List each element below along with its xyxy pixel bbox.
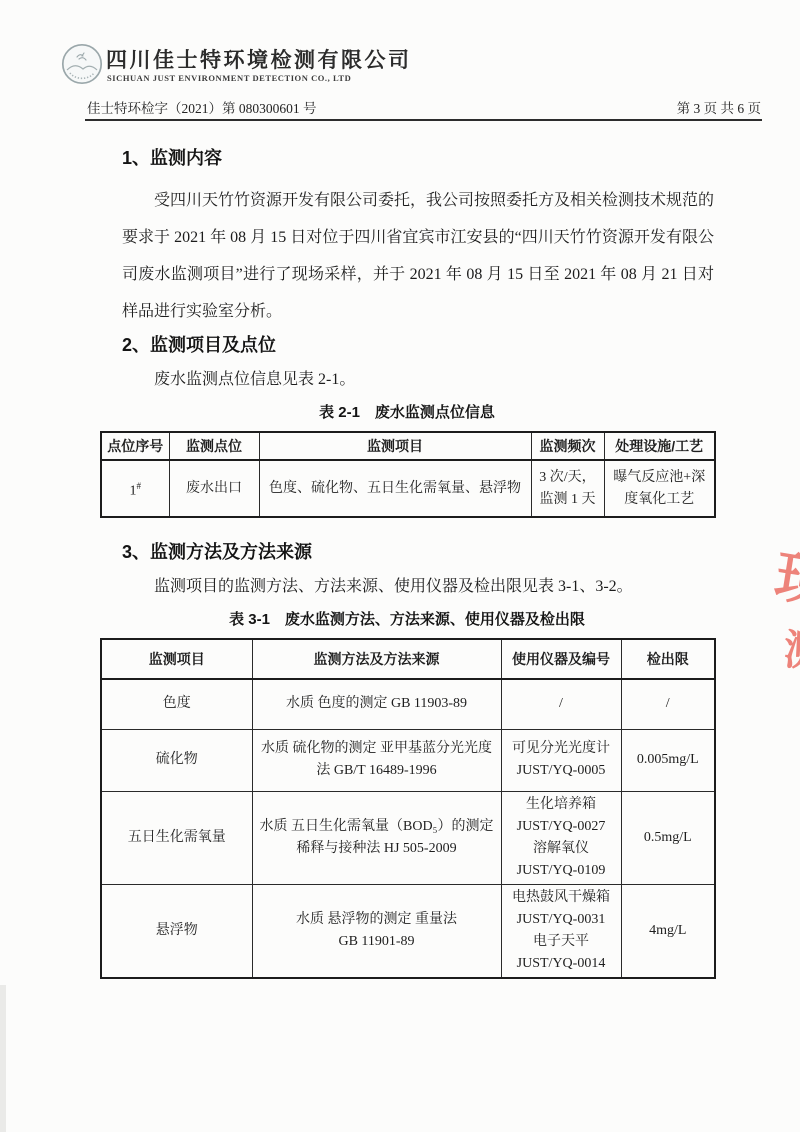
section-1-title: 1、监测内容 <box>122 146 714 170</box>
point-number: 1 <box>130 483 137 498</box>
table-cell-item: 悬浮物 <box>101 884 252 978</box>
table-row: 硫化物 水质 硫化物的测定 亚甲基蓝分光光度 法 GB/T 16489-1996… <box>101 729 715 791</box>
column-header: 使用仪器及编号 <box>501 639 621 679</box>
table-cell-method: 水质 色度的测定 GB 11903-89 <box>252 679 501 729</box>
column-header: 监测频次 <box>531 432 604 460</box>
table-cell-instrument: / <box>501 679 621 729</box>
table-cell-item: 色度 <box>101 679 252 729</box>
section-3-title: 3、监测方法及方法来源 <box>122 540 714 564</box>
table-cell-frequency: 3 次/天， 监测 1 天 <box>531 460 604 517</box>
section-2-title: 2、监测项目及点位 <box>122 333 714 357</box>
column-header: 监测项目 <box>259 432 531 460</box>
table-cell-item: 硫化物 <box>101 729 252 791</box>
doc-number: 佳士特环检字（2021）第 080300601 号 <box>87 97 317 117</box>
table-3-1-header-row: 监测项目 监测方法及方法来源 使用仪器及编号 检出限 <box>101 639 715 679</box>
column-header: 监测点位 <box>169 432 259 460</box>
table-2-1-header-row: 点位序号 监测点位 监测项目 监测频次 处理设施/工艺 <box>101 432 715 460</box>
table-3-1: 监测项目 监测方法及方法来源 使用仪器及编号 检出限 色度 水质 色度的测定 G… <box>100 638 716 979</box>
table-cell-items: 色度、硫化物、五日生化需氧量、悬浮物 <box>259 460 531 517</box>
table-2-1: 点位序号 监测点位 监测项目 监测频次 处理设施/工艺 1# 废水出口 色度、硫… <box>100 431 716 518</box>
table-cell-instrument: 生化培养箱 JUST/YQ-0027 溶解氧仪 JUST/YQ-0109 <box>501 791 621 884</box>
company-name-english: SICHUAN JUST ENVIRONMENT DETECTION CO., … <box>107 73 351 83</box>
red-seal-fragment-icon: 现 <box>770 532 800 620</box>
column-header: 监测方法及方法来源 <box>252 639 501 679</box>
page-number: 第 3 页 共 6 页 <box>677 97 761 117</box>
column-header: 点位序号 <box>101 432 169 460</box>
table-cell-limit: 0.005mg/L <box>621 729 715 791</box>
scan-edge-artifact <box>0 985 6 1132</box>
report-body: 1、监测内容 受四川天竹竹资源开发有限公司委托，我公司按照委托方及相关检测技术规… <box>100 146 714 979</box>
column-header: 检出限 <box>621 639 715 679</box>
company-logo <box>61 43 103 85</box>
table-cell-limit: 4mg/L <box>621 884 715 978</box>
table-cell-process: 曝气反应池+深度氧化工艺 <box>604 460 715 517</box>
table-cell-point-no: 1# <box>101 460 169 517</box>
red-seal-fragment-icon: 测 <box>782 617 800 679</box>
table-cell-instrument: 可见分光光度计 JUST/YQ-0005 <box>501 729 621 791</box>
section-2-paragraph: 废水监测点位信息见表 2-1。 <box>122 367 714 393</box>
scanned-report-page: 四川佳士特环境检测有限公司 SICHUAN JUST ENVIRONMENT D… <box>0 0 800 1132</box>
column-header: 处理设施/工艺 <box>604 432 715 460</box>
table-row: 色度 水质 色度的测定 GB 11903-89 / / <box>101 679 715 729</box>
table-3-1-caption: 表 3-1 废水监测方法、方法来源、使用仪器及检出限 <box>100 608 714 632</box>
document-header-line: 佳士特环检字（2021）第 080300601 号 第 3 页 共 6 页 <box>87 97 761 117</box>
table-cell-method: 水质 硫化物的测定 亚甲基蓝分光光度 法 GB/T 16489-1996 <box>252 729 501 791</box>
table-row: 五日生化需氧量 水质 五日生化需氧量（BOD₅）的测定 稀释与接种法 HJ 50… <box>101 791 715 884</box>
table-2-1-caption: 表 2-1 废水监测点位信息 <box>100 401 714 425</box>
table-row: 悬浮物 水质 悬浮物的测定 重量法 GB 11901-89 电热鼓风干燥箱 JU… <box>101 884 715 978</box>
table-cell-location: 废水出口 <box>169 460 259 517</box>
company-name: 四川佳士特环境检测有限公司 <box>106 44 412 74</box>
column-header: 监测项目 <box>101 639 252 679</box>
crane-mountain-emblem-icon <box>61 43 103 85</box>
table-cell-item: 五日生化需氧量 <box>101 791 252 884</box>
header-rule <box>85 119 762 121</box>
section-1-paragraph: 受四川天竹竹资源开发有限公司委托，我公司按照委托方及相关检测技术规范的要求于 2… <box>122 182 714 330</box>
table-cell-limit: / <box>621 679 715 729</box>
section-3-paragraph: 监测项目的监测方法、方法来源、使用仪器及检出限见表 3-1、3-2。 <box>122 574 714 600</box>
table-cell-instrument: 电热鼓风干燥箱 JUST/YQ-0031 电子天平 JUST/YQ-0014 <box>501 884 621 978</box>
table-cell-limit: 0.5mg/L <box>621 791 715 884</box>
table-cell-method: 水质 五日生化需氧量（BOD₅）的测定 稀释与接种法 HJ 505-2009 <box>252 791 501 884</box>
table-row: 1# 废水出口 色度、硫化物、五日生化需氧量、悬浮物 3 次/天， 监测 1 天… <box>101 460 715 517</box>
point-number-sup: # <box>137 481 142 491</box>
table-cell-method: 水质 悬浮物的测定 重量法 GB 11901-89 <box>252 884 501 978</box>
